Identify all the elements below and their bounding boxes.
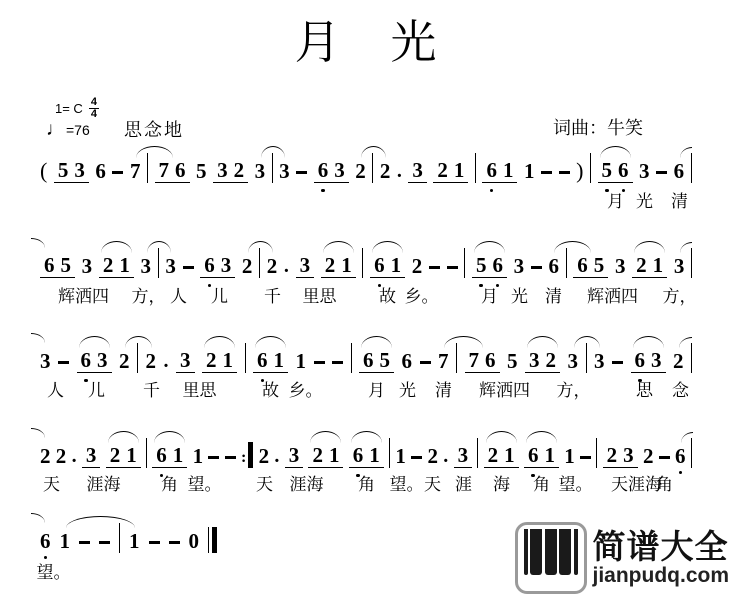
note: 6 [44, 253, 55, 277]
dash-extension [659, 456, 670, 459]
note-group: 21 [202, 348, 237, 373]
note: 3 [97, 348, 108, 372]
lyric-syllable: 涯海 [290, 470, 324, 495]
lyric-syllable: 角 [161, 470, 178, 495]
note: 6 [156, 443, 167, 467]
duration-dot: . [164, 349, 169, 373]
lyric-syllable: 乡。 [405, 282, 439, 307]
dash-extension [656, 171, 667, 174]
time-signature-bottom: 4 [89, 109, 99, 120]
note-group: 3 [454, 443, 473, 468]
lyric-syllable: 天 [256, 470, 273, 495]
note: 3 [651, 348, 662, 372]
note: 3 [217, 158, 228, 182]
lyric-syllable: 望。 [188, 470, 222, 495]
note: 5 [61, 253, 72, 277]
lyric-syllable: 里思 [183, 376, 217, 401]
composer-credit: 词曲：牛笑 [553, 114, 643, 140]
note: 3 [82, 254, 93, 278]
lyric-syllable: 光 [636, 187, 653, 212]
note-group: 65 [359, 348, 394, 373]
dash-extension [429, 266, 440, 269]
note: 3 [529, 348, 540, 372]
note: 1 [126, 443, 137, 467]
piano-keys-icon [515, 522, 587, 594]
dash-extension [183, 266, 194, 269]
lyric-syllable: 海 [493, 470, 510, 495]
tie-out [679, 337, 692, 348]
note: 0 [189, 529, 200, 553]
note-group: 32 [213, 158, 248, 183]
note: 2 [380, 159, 391, 183]
barline [464, 248, 465, 278]
note: 2 [325, 253, 336, 277]
note: 1 [329, 443, 340, 467]
note: 1 [524, 159, 535, 183]
note: 6 [577, 253, 588, 277]
title-char-1: 月 [295, 17, 341, 68]
note: 2 [643, 444, 654, 468]
note: 6 [548, 254, 559, 278]
tempo-value: =76 [66, 122, 90, 138]
note: 2 [546, 348, 557, 372]
tie-out [680, 147, 692, 158]
dash-extension [314, 361, 325, 364]
dash-extension [58, 361, 69, 364]
note-group: 21 [632, 253, 667, 278]
duration-dot: . [274, 444, 279, 468]
note: 5 [507, 349, 518, 373]
duration-dot: . [284, 254, 289, 278]
dash-extension [225, 456, 236, 459]
note: 2 [56, 444, 67, 468]
note: 6 [257, 348, 268, 372]
lyric-syllable: 光 [399, 376, 416, 401]
slur [361, 336, 392, 348]
title-char-2: 光 [391, 17, 437, 68]
dash-extension [149, 541, 160, 544]
note-group: 21 [484, 443, 519, 468]
dash-extension [411, 456, 422, 459]
slur [261, 146, 285, 158]
note: 3 [623, 443, 634, 467]
note: 2 [412, 254, 423, 278]
piano-key-sliver-left [524, 529, 528, 575]
note: 5 [602, 158, 613, 182]
dash-extension [332, 361, 343, 364]
barline [351, 343, 352, 373]
slur [554, 241, 591, 253]
slur [255, 336, 286, 348]
note: 6 [175, 158, 186, 182]
duration-dot: . [443, 444, 448, 468]
tie-in [31, 513, 45, 523]
note-group: 61 [349, 443, 384, 468]
note-group: 63 [77, 348, 112, 373]
note: 2 [312, 443, 323, 467]
note: 6 [40, 529, 51, 553]
note: 7 [159, 158, 170, 182]
lyric-syllable: 天涯海 [611, 470, 662, 495]
lyric-syllable: 月 [607, 187, 624, 212]
note-group: 56 [472, 253, 507, 278]
note-group: 76 [465, 348, 500, 373]
note: 1 [173, 443, 184, 467]
note: 3 [568, 349, 579, 373]
lyric-syllable: 乡。 [289, 376, 323, 401]
note: 1 [653, 253, 664, 277]
lyric-syllable: 方， [663, 282, 697, 307]
note-group: 56 [598, 158, 633, 183]
music-line-2: 65321336322.3216125636653213 [40, 252, 692, 278]
dash-extension [580, 456, 591, 459]
duration-dot: . [72, 444, 77, 468]
note: 6 [81, 348, 92, 372]
note: 1 [60, 529, 71, 553]
lyric-syllable: 清 [671, 187, 688, 212]
lyric-syllable: 涯 [455, 470, 472, 495]
lyric-syllable: 辉洒四 [587, 282, 638, 307]
final-thin-bar [208, 527, 209, 553]
dash-extension [612, 361, 623, 364]
barline [245, 343, 246, 373]
lyric-syllable: 角 [533, 470, 550, 495]
lyric-syllable: 辉洒四 [479, 376, 530, 401]
note: 1 [369, 443, 380, 467]
lyric-syllable: 望。 [37, 558, 71, 583]
note: 2 [673, 349, 684, 373]
note: 1 [454, 158, 465, 182]
lyrics-line-4: 天涯海角望。天涯海角望。天涯海角望。天涯海角 [40, 470, 692, 492]
note: 6 [353, 443, 364, 467]
barline [146, 438, 147, 468]
note: 2 [40, 444, 51, 468]
music-line-1: (536776532336322.321611)5636 [40, 157, 692, 183]
note: 3 [639, 159, 650, 183]
note: 6 [374, 253, 385, 277]
lyrics-line-3: 人儿千里思故乡。月光清辉洒四方，思念 [40, 376, 692, 398]
final-barline [208, 527, 217, 553]
note: 6 [635, 348, 646, 372]
quarter-note-icon: ♩ [46, 119, 65, 141]
note: 6 [363, 348, 374, 372]
slur [474, 241, 505, 253]
expression-mark: 思念地 [124, 116, 184, 142]
lyric-syllable: 光 [511, 282, 528, 307]
lyric-syllable: 角 [358, 470, 375, 495]
note: 6 [528, 443, 539, 467]
note: 6 [675, 444, 686, 468]
slur [79, 336, 110, 348]
lyric-syllable: 儿 [211, 282, 228, 307]
repeat-dots: : [241, 447, 246, 468]
dash-extension [99, 541, 110, 544]
dash-extension [541, 171, 552, 174]
slur [634, 241, 665, 253]
tempo-marking: ♩ =76 [46, 119, 90, 141]
note: 1 [119, 253, 130, 277]
dash-extension [112, 171, 123, 174]
lyric-syllable: 涯海 [87, 470, 121, 495]
note: 6 [95, 159, 106, 183]
note-group: 65 [40, 253, 75, 278]
slur [444, 336, 483, 348]
time-signature: 4 4 [89, 97, 99, 120]
note: 1 [274, 348, 285, 372]
note: 5 [196, 159, 207, 183]
watermark-text: 简谱大全 jianpudq.com [593, 530, 730, 587]
note: 3 [289, 443, 300, 467]
note-group: 61 [152, 443, 187, 468]
note: 2 [119, 349, 130, 373]
note: 2 [242, 254, 253, 278]
note: 3 [40, 349, 51, 373]
key-signature: 1= C 4 4 [55, 97, 99, 120]
note-group: 21 [308, 443, 343, 468]
note: 1 [503, 158, 514, 182]
open-paren: ( [40, 159, 47, 183]
note-group: 61 [253, 348, 288, 373]
lyric-syllable: 望。 [390, 470, 424, 495]
dash-extension [208, 456, 219, 459]
note: 1 [544, 443, 555, 467]
note: 5 [476, 253, 487, 277]
note: 6 [485, 348, 496, 372]
note-group: 53 [54, 158, 89, 183]
note: 3 [615, 254, 626, 278]
note-group: 3 [176, 348, 195, 373]
note: 2 [427, 444, 438, 468]
lyrics-line-2: 辉洒四方，人儿千里思故乡。月光清辉洒四方， [40, 282, 692, 304]
lyric-syllable: 千 [264, 282, 281, 307]
note-group: 61 [482, 158, 517, 183]
lyric-syllable: 儿 [88, 376, 105, 401]
slur [66, 516, 135, 528]
note-group: 21 [321, 253, 356, 278]
note-group: 21 [106, 443, 141, 468]
note: 3 [514, 254, 525, 278]
lyric-syllable: 里思 [303, 282, 337, 307]
tie-out [680, 242, 692, 253]
note: 2 [488, 443, 499, 467]
lyric-syllable: 角 [656, 470, 673, 495]
note: 1 [564, 444, 575, 468]
note: 3 [165, 254, 176, 278]
barline [596, 438, 597, 468]
slur [372, 241, 403, 253]
slur [527, 336, 558, 348]
note: 6 [618, 158, 629, 182]
slur [136, 146, 173, 158]
note-group: 3 [296, 253, 315, 278]
lyric-syllable: 千 [143, 376, 160, 401]
note: 7 [438, 349, 449, 373]
note-group: 61 [370, 253, 405, 278]
lyric-syllable: 方， [132, 282, 166, 307]
lyric-syllable: 人 [47, 376, 64, 401]
slur [574, 336, 600, 348]
note: 2 [206, 348, 217, 372]
close-paren: ) [576, 159, 583, 183]
piano-key [530, 529, 542, 575]
note: 2 [355, 159, 366, 183]
slur [526, 431, 557, 443]
note: 1 [395, 444, 406, 468]
note: 5 [594, 253, 605, 277]
note: 2 [267, 254, 278, 278]
piano-key-sliver-right [574, 529, 578, 575]
barline [362, 248, 363, 278]
slur [154, 431, 185, 443]
note: 2 [234, 158, 245, 182]
lyric-syllable: 故 [379, 282, 396, 307]
note-group: 63 [631, 348, 666, 373]
dash-extension [559, 171, 570, 174]
note: 1 [391, 253, 402, 277]
dash-extension [420, 361, 431, 364]
note-group: 63 [314, 158, 349, 183]
note: 7 [130, 159, 141, 183]
tie-in [31, 428, 45, 438]
dash-extension [169, 541, 180, 544]
tie-in [31, 238, 45, 248]
watermark-domain: jianpudq.com [593, 564, 730, 587]
lyrics-line-1: 月光清 [40, 187, 692, 209]
note-group: 21 [99, 253, 134, 278]
note-group: 32 [525, 348, 560, 373]
note-group: 3 [82, 443, 101, 468]
slur [108, 431, 139, 443]
slur [633, 336, 664, 348]
lyric-syllable: 望。 [559, 470, 593, 495]
note-group: 3 [285, 443, 304, 468]
note: 1 [223, 348, 234, 372]
lyric-syllable: 思 [636, 376, 653, 401]
repeat-end-sign: : [241, 442, 253, 468]
note: 3 [86, 443, 97, 467]
dash-extension [531, 266, 542, 269]
music-line-5: 6110 [40, 527, 217, 553]
lyric-syllable: 月 [481, 282, 498, 307]
key-label: 1= C [55, 101, 83, 116]
note: 7 [469, 348, 480, 372]
note: 6 [402, 349, 413, 373]
note: 2 [259, 444, 270, 468]
watermark: 简谱大全 jianpudq.com [515, 522, 730, 594]
note-group: 61 [524, 443, 559, 468]
note: 3 [279, 159, 290, 183]
note: 5 [380, 348, 391, 372]
note: 2 [146, 349, 157, 373]
lyric-syllable: 念 [672, 376, 689, 401]
dash-extension [79, 541, 90, 544]
note-group: 21 [433, 158, 468, 183]
note: 6 [486, 158, 497, 182]
slur [361, 146, 386, 158]
lyric-syllable: 清 [545, 282, 562, 307]
slur [351, 431, 382, 443]
note: 2 [110, 443, 121, 467]
lyric-syllable: 辉洒四 [58, 282, 109, 307]
barline [475, 153, 476, 183]
note: 6 [492, 253, 503, 277]
note-group: 63 [200, 253, 235, 278]
note: 6 [204, 253, 215, 277]
duration-dot: . [397, 159, 402, 183]
dash-extension [296, 171, 307, 174]
note: 2 [636, 253, 647, 277]
lyric-syllable: 方， [557, 376, 591, 401]
note: 2 [607, 443, 618, 467]
note: 3 [74, 158, 85, 182]
slur [323, 241, 354, 253]
note: 3 [412, 158, 423, 182]
note: 2 [103, 253, 114, 277]
note: 3 [334, 158, 345, 182]
slur [125, 336, 152, 348]
music-line-3: 36322.32161165677653233632 [40, 347, 692, 373]
lyric-syllable: 清 [435, 376, 452, 401]
slur [486, 431, 517, 443]
lyric-syllable: 故 [262, 376, 279, 401]
barline [389, 438, 390, 468]
slur [204, 336, 235, 348]
lyric-syllable: 人 [170, 282, 187, 307]
repeat-thick-bar [248, 442, 253, 468]
slur [600, 146, 631, 158]
note: 1 [341, 253, 352, 277]
note: 5 [58, 158, 69, 182]
note: 1 [296, 349, 307, 373]
slur [310, 431, 341, 443]
note-group: 3 [408, 158, 427, 183]
note: 2 [437, 158, 448, 182]
barline [477, 438, 478, 468]
lyric-syllable: 月 [368, 376, 385, 401]
note: 3 [674, 254, 685, 278]
lyric-syllable: 天 [43, 470, 60, 495]
tie-in [31, 333, 45, 343]
note: 1 [504, 443, 515, 467]
note: 6 [674, 159, 685, 183]
slur [147, 241, 171, 253]
slur [101, 241, 132, 253]
note: 3 [594, 349, 605, 373]
piano-key [545, 529, 557, 575]
note: 3 [180, 348, 191, 372]
note: 1 [129, 529, 140, 553]
lyric-syllable: 天 [424, 470, 441, 495]
watermark-name: 简谱大全 [593, 530, 729, 564]
note-group: 65 [573, 253, 608, 278]
music-line-4: 22.321611:2.3216112.3216112326 [40, 442, 692, 468]
note: 3 [141, 254, 152, 278]
tie-out [681, 432, 693, 443]
note: 3 [458, 443, 469, 467]
note-group: 23 [603, 443, 638, 468]
piano-key [559, 529, 571, 575]
final-thick-bar [212, 527, 217, 553]
note-group: 76 [155, 158, 190, 183]
note: 6 [318, 158, 329, 182]
note: 3 [300, 253, 311, 277]
song-title: 月光 [0, 6, 731, 72]
note: 1 [193, 444, 204, 468]
note: 3 [221, 253, 232, 277]
note: 3 [255, 159, 266, 183]
slur [248, 241, 273, 253]
dash-extension [447, 266, 458, 269]
